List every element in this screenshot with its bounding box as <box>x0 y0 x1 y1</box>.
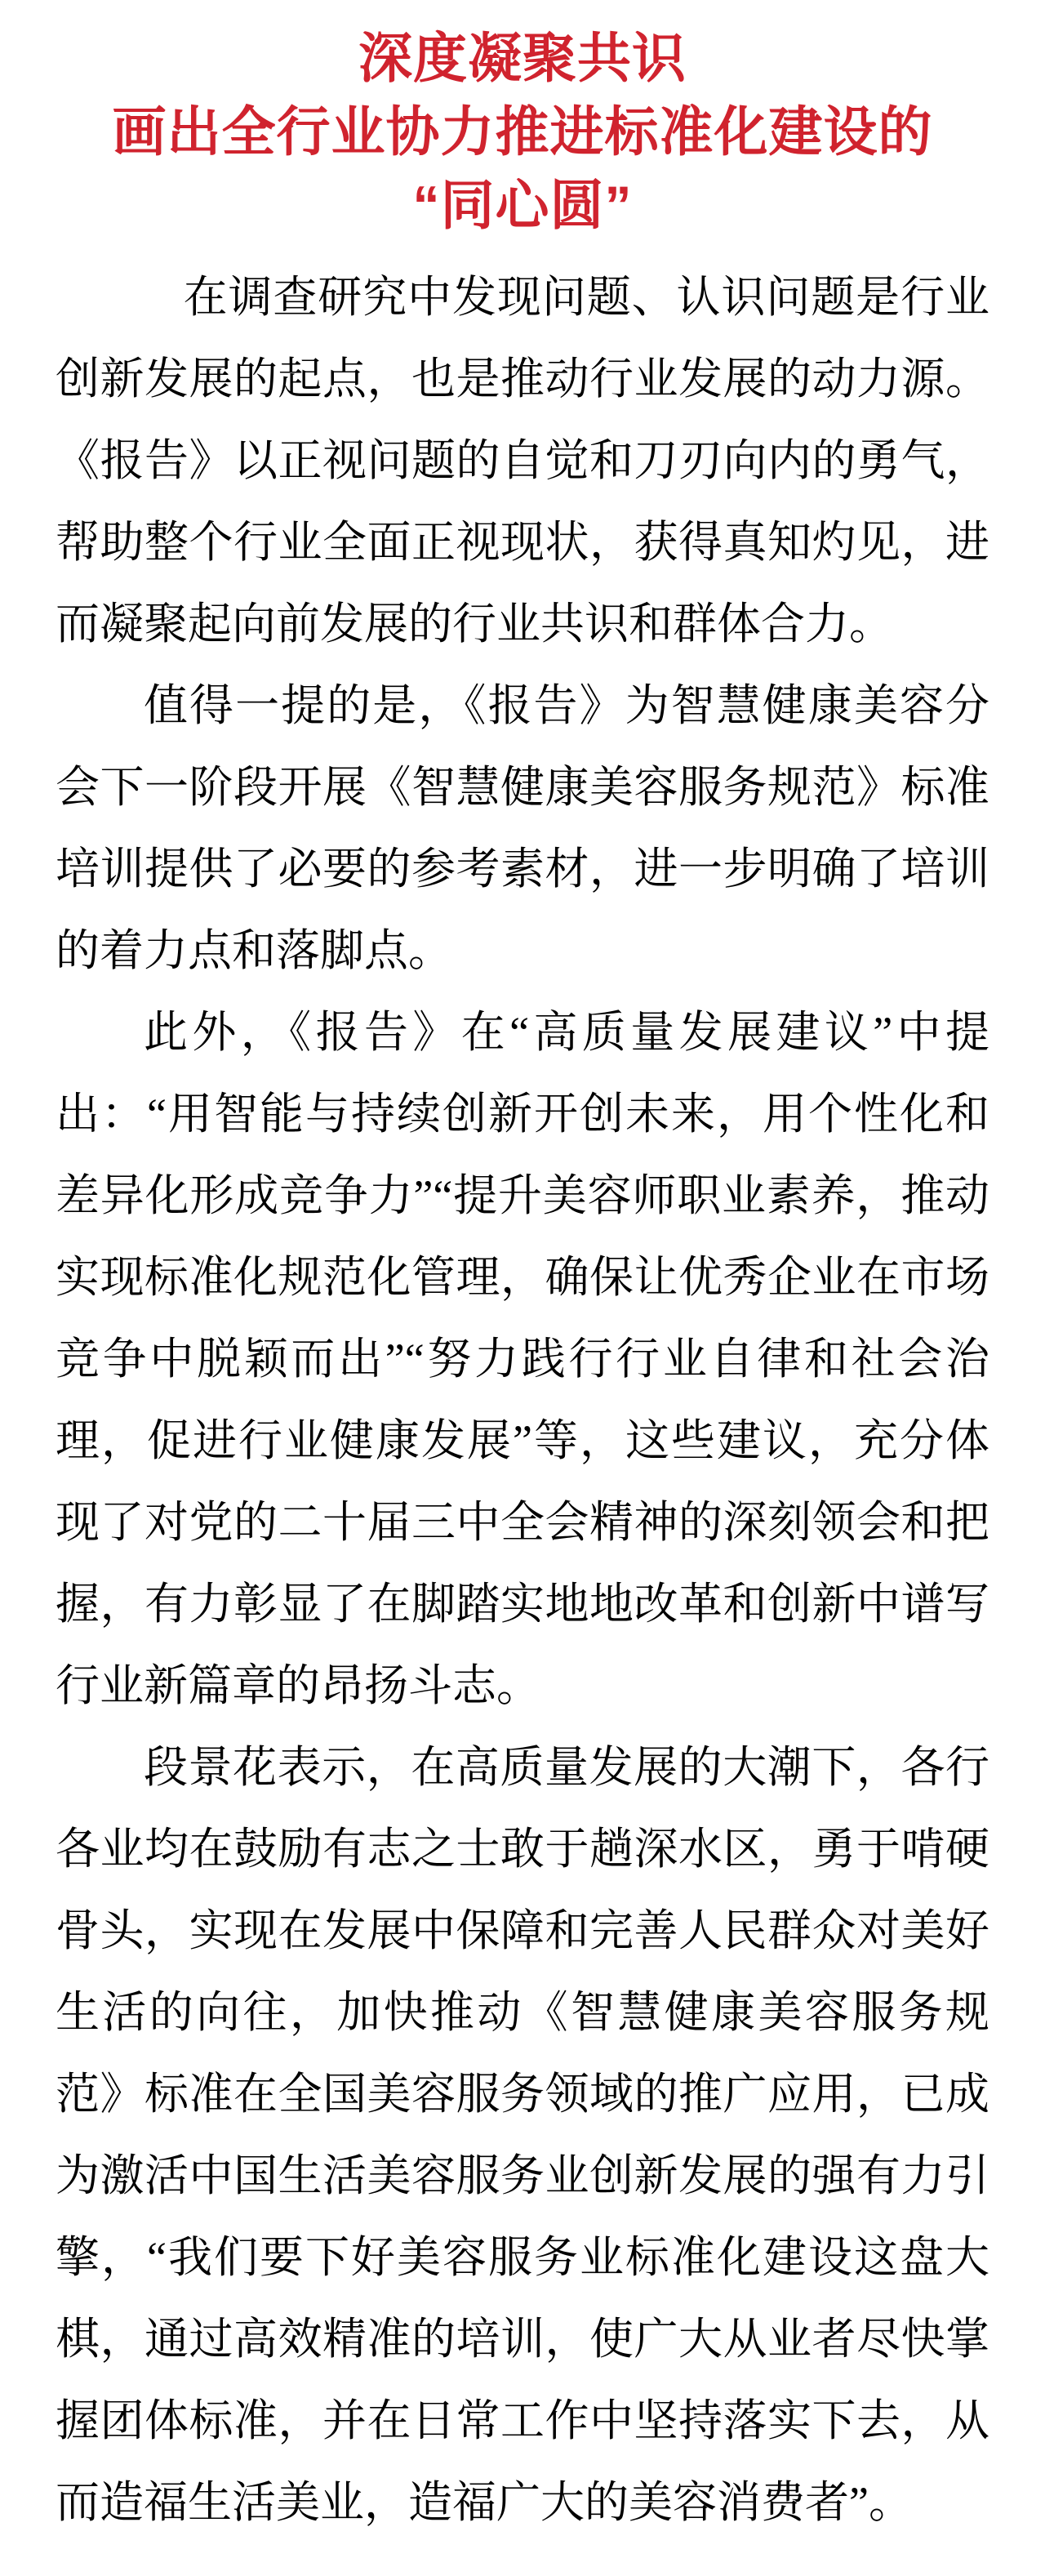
article-body: 在调查研究中发现问题、认识问题是行业创新发展的起点，也是推动行业发展的动力源。《… <box>0 256 1045 2543</box>
title-line-3: “同心圆” <box>0 168 1045 242</box>
paragraph-3: 此外，《报告》在“高质量发展建议”中提出：“用智能与持续创新开创未来，用个性化和… <box>56 992 989 1727</box>
title-line-2: 画出全行业协力推进标准化建设的 <box>0 95 1045 168</box>
paragraph-1: 在调查研究中发现问题、认识问题是行业创新发展的起点，也是推动行业发展的动力源。《… <box>56 256 989 665</box>
article-page: 深度凝聚共识 画出全行业协力推进标准化建设的 “同心圆” 在调查研究中发现问题、… <box>0 0 1045 2576</box>
title-line-1: 深度凝聚共识 <box>0 21 1045 95</box>
paragraph-4: 段景花表示，在高质量发展的大潮下，各行各业均在鼓励有志之士敢于趟深水区，勇于啃硬… <box>56 1727 989 2543</box>
article-title: 深度凝聚共识 画出全行业协力推进标准化建设的 “同心圆” <box>0 21 1045 242</box>
paragraph-2: 值得一提的是，《报告》为智慧健康美容分会下一阶段开展《智慧健康美容服务规范》标准… <box>56 665 989 992</box>
